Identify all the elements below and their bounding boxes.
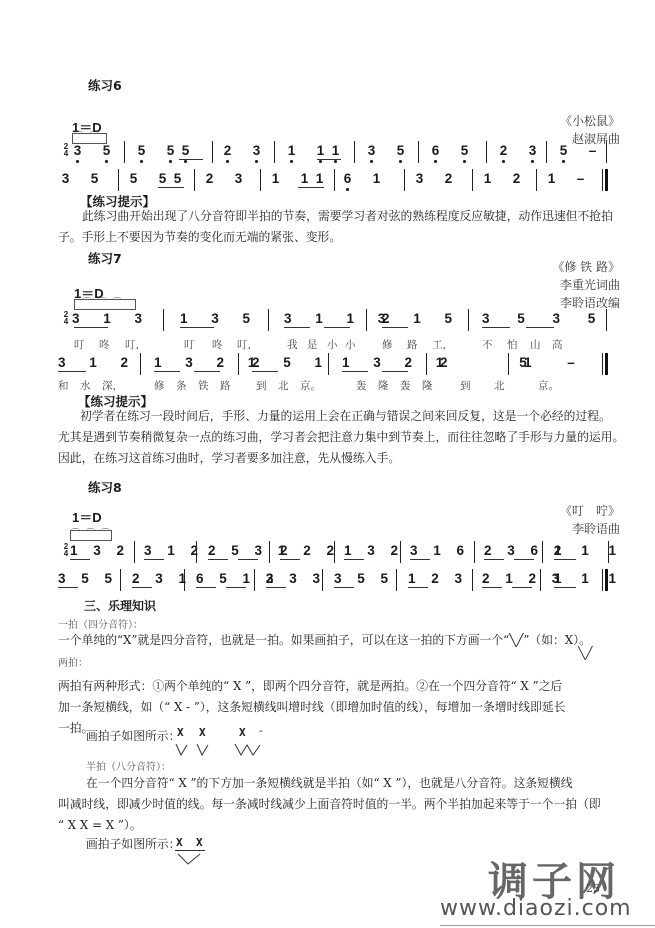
diagram-label: 画拍子如图所示： — [86, 726, 180, 747]
exercise-6-title: 练习6 — [88, 76, 122, 94]
key-signature: 1＝D — [72, 507, 102, 526]
exercise-7-hint-text: 初学者在练习一段时间后，手形、力量的运用上会在正确与错误之间来回反复，这是一个必… — [58, 406, 648, 469]
divider — [440, 925, 655, 926]
time-signature: 24 — [62, 143, 70, 157]
exercise-8-title: 练习8 — [88, 478, 122, 496]
watermark-url: www.diaozi.com — [440, 896, 632, 921]
beat-stroke-icon — [175, 742, 285, 758]
arranger: 李聆语改编 — [480, 294, 620, 312]
slur-indicator: ⌒⌒⌒ — [70, 530, 112, 541]
time-signature: 24 — [62, 311, 70, 325]
exercise-7-credit: 《修 铁 路》 李重光词曲 李聆语改编 — [480, 258, 620, 312]
exercise-7-staff-row-1: 24 3 1 3 1 3 5 3 1 1 3 2 1 5 3 5 3 5 — [62, 311, 640, 333]
exercise-7-title: 练习7 — [88, 249, 122, 267]
one-beat-text: 一个单纯的“X”就是四分音符，也就是一拍。如果画拍子，可以在这一拍的下方画一个“… — [58, 630, 648, 651]
exercise-6-staff-row-1: 24 35 555 23 111 35 65 23 5– — [62, 143, 640, 165]
composer: 李重光词曲 — [480, 276, 620, 294]
beat-stroke-icon: ╲╱ — [578, 646, 592, 660]
exercise-8-staff-row-1: 24 1 3 2 3 1 2 2 5 3 1 2 2 2 1 3 2 3 1 6… — [62, 543, 640, 565]
song-title: 《叮 咛》 — [480, 502, 620, 520]
slur-indicator: ⌒⌒⌒ — [74, 299, 136, 310]
theory-heading: 三、乐理知识 — [84, 597, 156, 614]
exercise-6-staff-row-2: 35 555 23 111 61 32 12 1– — [62, 171, 640, 193]
two-beat-label: 两拍： — [58, 654, 88, 669]
song-title: 《小松鼠》 — [480, 112, 620, 130]
one-beat-label: 一拍（四分音符）： — [58, 616, 143, 631]
half-beat-label: 半拍（八分音符）： — [86, 758, 171, 773]
beat-stroke-icon — [176, 852, 206, 866]
time-signature: 24 — [62, 543, 70, 557]
measure: 35 — [70, 143, 114, 165]
exercise-6-hint-text: 此练习曲开始出现了八分音符即半拍的节奏，需要学习者对弦的熟练程度反应敏捷，动作迅… — [58, 206, 643, 248]
exercise-8-credit: 《叮 咛》 李聆语曲 — [480, 502, 620, 538]
half-beat-text: 在一个四分音符“ X ”的下方加一条短横线就是半拍（如“ X ”），也就是八分音… — [58, 773, 648, 836]
song-title: 《修 铁 路》 — [480, 258, 620, 276]
composer: 李聆语曲 — [480, 520, 620, 538]
page-number: 23 — [586, 882, 600, 895]
exercise-7-staff-row-2: 3 1 2 1 3 2 1 2 5 1 1 3 2 1 2 5 1 – — [62, 355, 640, 377]
diagram-label-2: 画拍子如图所示： — [86, 834, 180, 855]
two-beat-diagram: X X X - — [175, 724, 295, 760]
exercise-8-staff-row-2: 3 5 5 2 3 1 6 5 1 2 3 3 3 3 5 5 1 2 3 2 … — [62, 571, 640, 593]
half-beat-diagram: X X — [174, 834, 214, 864]
